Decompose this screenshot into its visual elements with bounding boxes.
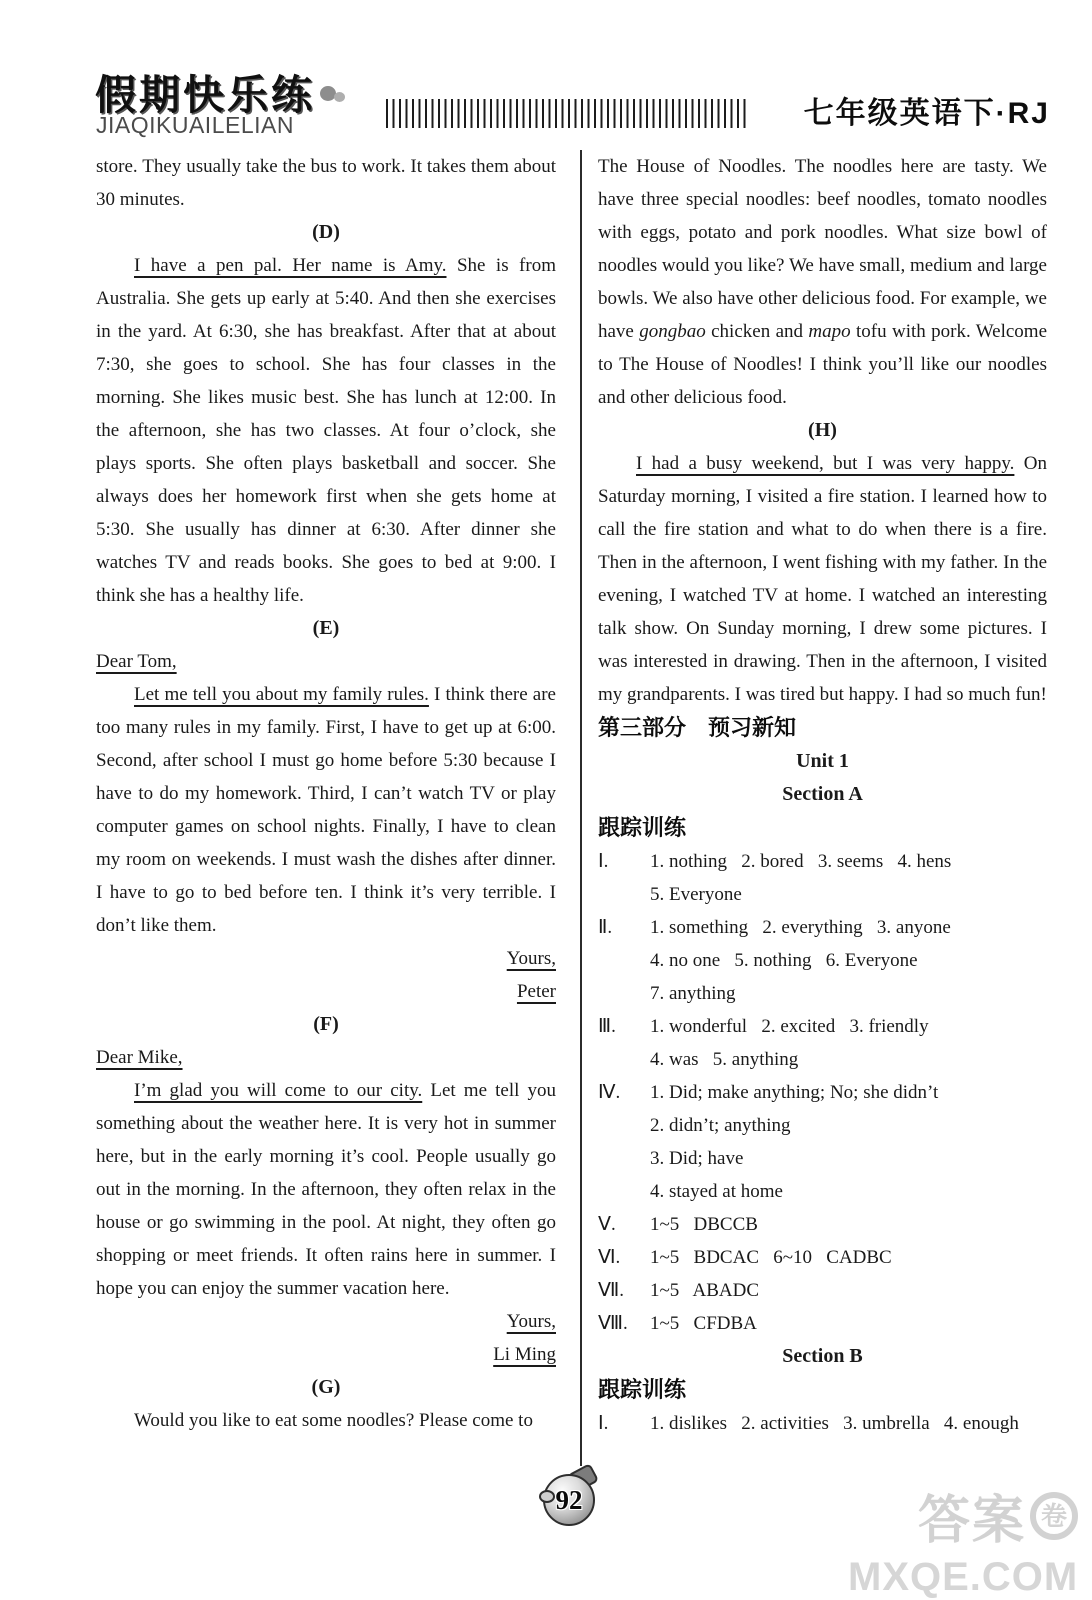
- text-run: Dear Tom,: [96, 651, 177, 672]
- left-column: store. They usually take the bus to work…: [96, 150, 580, 1466]
- answer-line: 1~5 BDCAC 6~10 CADBC: [650, 1241, 1047, 1274]
- page-number: 92: [543, 1474, 595, 1526]
- answer-line: 3. Did; have: [650, 1142, 1047, 1175]
- watermark-brand-row: 答案 卷: [848, 1478, 1078, 1553]
- answer-content: 1. wonderful 2. excited 3. friendly4. wa…: [650, 1010, 1047, 1076]
- answer-line: 1. Did; make anything; No; she didn’t: [650, 1076, 1047, 1109]
- paragraph-continued: store. They usually take the bus to work…: [96, 150, 556, 216]
- text-run: On Saturday morning, I visited a fire st…: [598, 453, 1047, 705]
- answer-item: Ⅰ.1. nothing 2. bored 3. seems 4. hens5.…: [598, 845, 1047, 911]
- answer-line: 1. dislikes 2. activities 3. umbrella 4.…: [650, 1407, 1047, 1440]
- answer-roman-numeral: Ⅵ.: [598, 1241, 650, 1274]
- edition-title: 七年级英语下·RJ: [804, 88, 1050, 132]
- training-label-a: 跟踪训练: [598, 811, 1047, 845]
- signature-yours-liming: Yours,: [96, 1305, 556, 1338]
- text-run: gongbao: [639, 321, 706, 342]
- answer-line: 4. was 5. anything: [650, 1043, 1047, 1076]
- signature-yours: Yours,: [507, 948, 556, 969]
- workbook-page: 假期快乐练 JIAQIKUAILELIAN 七年级英语下·RJ store. T…: [0, 0, 1092, 1600]
- answers-section-b: Ⅰ.1. dislikes 2. activities 3. umbrella …: [598, 1407, 1047, 1440]
- signature-yours: Yours,: [507, 1311, 556, 1332]
- answer-line: 1~5 ABADC: [650, 1274, 1047, 1307]
- watermark: 答案 卷 MXQE.COM: [848, 1478, 1078, 1600]
- answers-section-a: Ⅰ.1. nothing 2. bored 3. seems 4. hens5.…: [598, 845, 1047, 1340]
- answer-roman-numeral: Ⅶ.: [598, 1274, 650, 1307]
- answer-roman-numeral: Ⅰ.: [598, 845, 650, 911]
- answer-content: 1~5 ABADC: [650, 1274, 1047, 1307]
- answer-content: 1~5 BDCAC 6~10 CADBC: [650, 1241, 1047, 1274]
- watermark-circle-logo-icon: 卷: [1030, 1492, 1078, 1540]
- passage-heading-f: (F): [96, 1008, 556, 1041]
- text-run: She is from Australia. She gets up early…: [96, 255, 556, 606]
- text-run: I have a pen pal. Her name is Amy.: [134, 255, 447, 276]
- text-run: Let me tell you something about the weat…: [96, 1080, 556, 1299]
- answer-content: 1~5 CFDBA: [650, 1307, 1047, 1340]
- right-column: The House of Noodles. The noodles here a…: [582, 150, 1047, 1466]
- salutation-tom: Dear Tom,: [96, 645, 556, 678]
- passage-g-start: Would you like to eat some noodles? Plea…: [96, 1404, 556, 1437]
- section-b-heading: Section B: [598, 1340, 1047, 1373]
- signature-name: Li Ming: [493, 1344, 556, 1365]
- answer-item: Ⅶ.1~5 ABADC: [598, 1274, 1047, 1307]
- passage-heading-h: (H): [598, 414, 1047, 447]
- signature-name-peter: Peter: [96, 975, 556, 1008]
- answer-content: 1~5 DBCCB: [650, 1208, 1047, 1241]
- section-a-heading: Section A: [598, 778, 1047, 811]
- page-number-mascot: 92: [540, 1468, 602, 1528]
- answer-item: Ⅲ.1. wonderful 2. excited 3. friendly4. …: [598, 1010, 1047, 1076]
- answer-content: 1. Did; make anything; No; she didn’t2. …: [650, 1076, 1047, 1208]
- answer-item: Ⅳ.1. Did; make anything; No; she didn’t2…: [598, 1076, 1047, 1208]
- text-run: Let me tell you about my family rules.: [134, 684, 429, 705]
- answer-line: 2. didn’t; anything: [650, 1109, 1047, 1142]
- signature-name: Peter: [517, 981, 556, 1002]
- answer-line: 1. nothing 2. bored 3. seems 4. hens: [650, 845, 1047, 878]
- text-run: The House of Noodles. The noodles here a…: [598, 156, 1047, 342]
- salutation-mike: Dear Mike,: [96, 1041, 556, 1074]
- unit-1-heading: Unit 1: [598, 745, 1047, 778]
- answer-line: 1~5 DBCCB: [650, 1208, 1047, 1241]
- decorative-dot-small-icon: [334, 92, 345, 102]
- passage-h: I had a busy weekend, but I was very hap…: [598, 447, 1047, 711]
- watermark-brand-text: 答案: [918, 1478, 1026, 1553]
- answer-item: Ⅷ.1~5 CFDBA: [598, 1307, 1047, 1340]
- passage-g-continued: The House of Noodles. The noodles here a…: [598, 150, 1047, 414]
- text-run: chicken and: [706, 321, 809, 342]
- logo-subtitle: JIAQIKUAILELIAN: [96, 112, 294, 139]
- answer-line: 1. wonderful 2. excited 3. friendly: [650, 1010, 1047, 1043]
- signature-yours-peter: Yours,: [96, 942, 556, 975]
- text-run: I think there are too many rules in my f…: [96, 684, 556, 936]
- page-body: store. They usually take the bus to work…: [96, 150, 1047, 1466]
- text-run: mapo: [808, 321, 850, 342]
- answer-line: 1. something 2. everything 3. anyone: [650, 911, 1047, 944]
- part-three-heading: 第三部分 预习新知: [598, 711, 1047, 745]
- header-bars-decoration: [386, 99, 746, 128]
- text-run: store. They usually take the bus to work…: [96, 156, 556, 210]
- watermark-circle-char: 卷: [1041, 1503, 1067, 1529]
- answer-roman-numeral: Ⅴ.: [598, 1208, 650, 1241]
- passage-heading-e: (E): [96, 612, 556, 645]
- answer-item: Ⅵ.1~5 BDCAC 6~10 CADBC: [598, 1241, 1047, 1274]
- text-run: I’m glad you will come to our city.: [134, 1080, 422, 1101]
- passage-d: I have a pen pal. Her name is Amy. She i…: [96, 249, 556, 612]
- answer-roman-numeral: Ⅱ.: [598, 911, 650, 1010]
- text-run: Dear Mike,: [96, 1047, 183, 1068]
- answer-roman-numeral: Ⅷ.: [598, 1307, 650, 1340]
- answer-roman-numeral: Ⅳ.: [598, 1076, 650, 1208]
- answer-content: 1. something 2. everything 3. anyone4. n…: [650, 911, 1047, 1010]
- answer-line: 5. Everyone: [650, 878, 1047, 911]
- answer-line: 1~5 CFDBA: [650, 1307, 1047, 1340]
- answer-content: 1. dislikes 2. activities 3. umbrella 4.…: [650, 1407, 1047, 1440]
- answer-line: 4. no one 5. nothing 6. Everyone: [650, 944, 1047, 977]
- answer-roman-numeral: Ⅰ.: [598, 1407, 650, 1440]
- passage-heading-g: (G): [96, 1371, 556, 1404]
- answer-line: 4. stayed at home: [650, 1175, 1047, 1208]
- passage-f: I’m glad you will come to our city. Let …: [96, 1074, 556, 1305]
- answer-roman-numeral: Ⅲ.: [598, 1010, 650, 1076]
- answer-item: Ⅰ.1. dislikes 2. activities 3. umbrella …: [598, 1407, 1047, 1440]
- passage-e: Let me tell you about my family rules. I…: [96, 678, 556, 942]
- watermark-domain: MXQE.COM: [848, 1555, 1078, 1600]
- answer-item: Ⅴ.1~5 DBCCB: [598, 1208, 1047, 1241]
- signature-name-liming: Li Ming: [96, 1338, 556, 1371]
- answer-content: 1. nothing 2. bored 3. seems 4. hens5. E…: [650, 845, 1047, 911]
- answer-line: 7. anything: [650, 977, 1047, 1010]
- training-label-b: 跟踪训练: [598, 1373, 1047, 1407]
- text-run: I had a busy weekend, but I was very hap…: [636, 453, 1014, 474]
- passage-heading-d: (D): [96, 216, 556, 249]
- text-run: Would you like to eat some noodles? Plea…: [134, 1410, 533, 1431]
- answer-item: Ⅱ.1. something 2. everything 3. anyone4.…: [598, 911, 1047, 1010]
